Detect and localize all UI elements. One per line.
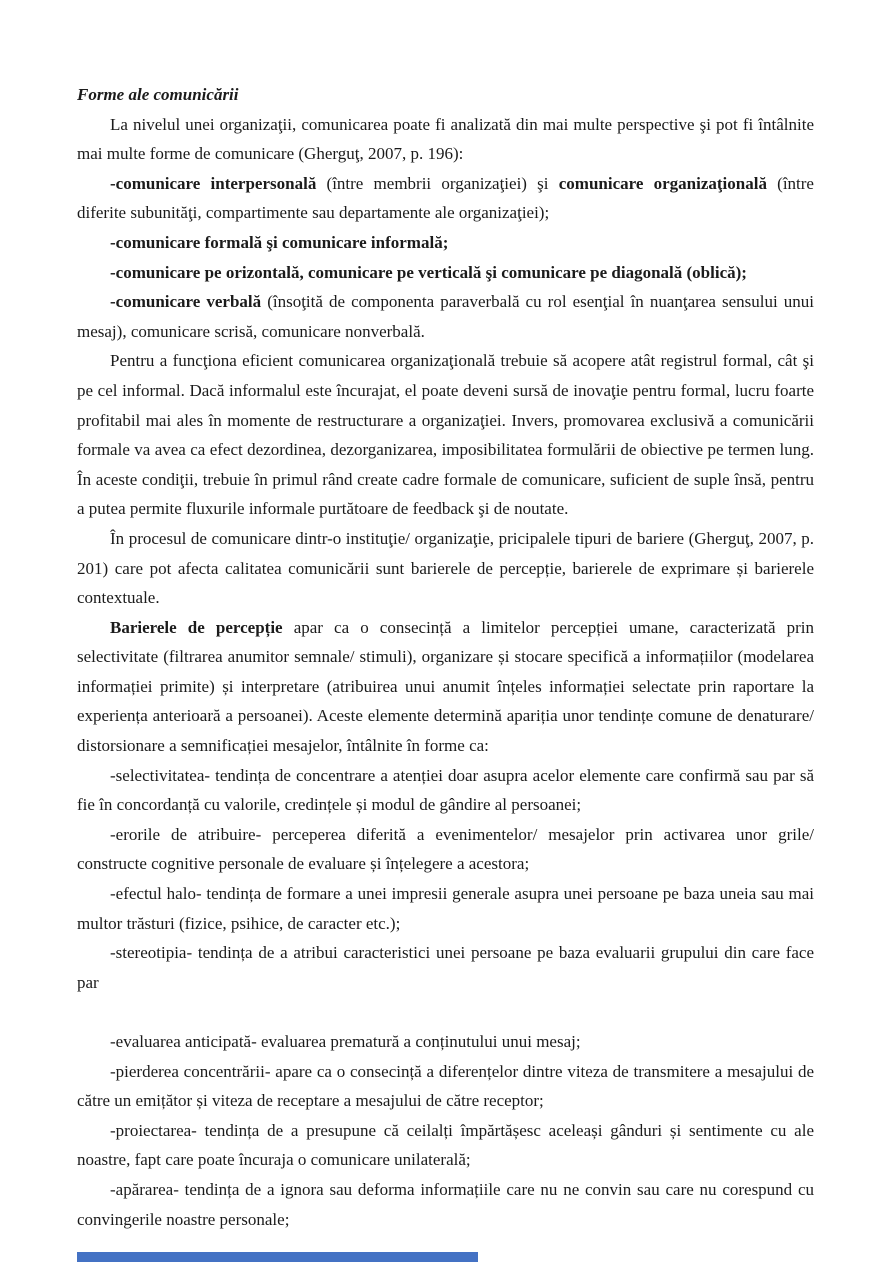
text-run: Pentru a funcţiona eficient comunicarea … [77,351,814,518]
text-run: -pierderea concentrării- apare ca o cons… [77,1062,814,1111]
text-run: -comunicare interpersonală [110,174,316,193]
text-run: -comunicare formală şi comunicare inform… [110,233,448,252]
list-item: -erorile de atribuire- perceperea diferi… [77,820,814,879]
text-run: În procesul de comunicare dintr-o instit… [77,529,814,607]
list-item: -efectul halo- tendința de formare a une… [77,879,814,938]
list-item: -comunicare interpersonală (între membri… [77,169,814,228]
list-item: -comunicare verbală (însoţită de compone… [77,287,814,346]
list-item: -comunicare pe orizontală, comunicare pe… [77,258,814,288]
blank-line [77,997,814,1027]
text-run: -evaluarea anticipată- evaluarea prematu… [110,1032,581,1051]
text-run: La nivelul unei organizaţii, comunicarea… [77,115,814,164]
bottom-blue-bar [77,1252,478,1262]
text-run: -erorile de atribuire- perceperea diferi… [77,825,814,874]
paragraph: Pentru a funcţiona eficient comunicarea … [77,346,814,524]
paragraph: La nivelul unei organizaţii, comunicarea… [77,110,814,169]
paragraph: În procesul de comunicare dintr-o instit… [77,524,814,613]
text-run: -apărarea- tendința de a ignora sau defo… [77,1180,814,1229]
text-run: -comunicare pe orizontală, comunicare pe… [110,263,747,282]
list-item: -apărarea- tendința de a ignora sau defo… [77,1175,814,1234]
list-item: -evaluarea anticipată- evaluarea prematu… [77,1027,814,1057]
list-item: -stereotipia- tendința de a atribui cara… [77,938,814,997]
text-run: apar ca o consecință a limitelor percepț… [77,618,814,755]
text-run: -comunicare verbală [110,292,261,311]
text-run: (între membrii organizaţiei) şi [316,174,558,193]
document-page: Forme ale comunicării La nivelul unei or… [0,0,892,1263]
list-item: -proiectarea- tendința de a presupune că… [77,1116,814,1175]
text-run: comunicare organizaţională [559,174,767,193]
list-item: -selectivitatea- tendința de concentrare… [77,761,814,820]
list-item: -comunicare formală şi comunicare inform… [77,228,814,258]
text-run: -proiectarea- tendința de a presupune că… [77,1121,814,1170]
document-body: Forme ale comunicării La nivelul unei or… [77,80,814,1234]
list-item: -pierderea concentrării- apare ca o cons… [77,1057,814,1116]
paragraph: Barierele de percepție apar ca o conseci… [77,613,814,761]
text-run: -efectul halo- tendința de formare a une… [77,884,814,933]
document-heading: Forme ale comunicării [77,80,814,110]
text-run: -selectivitatea- tendința de concentrare… [77,766,814,815]
text-run: Barierele de percepție [110,618,283,637]
text-run: -stereotipia- tendința de a atribui cara… [77,943,814,992]
